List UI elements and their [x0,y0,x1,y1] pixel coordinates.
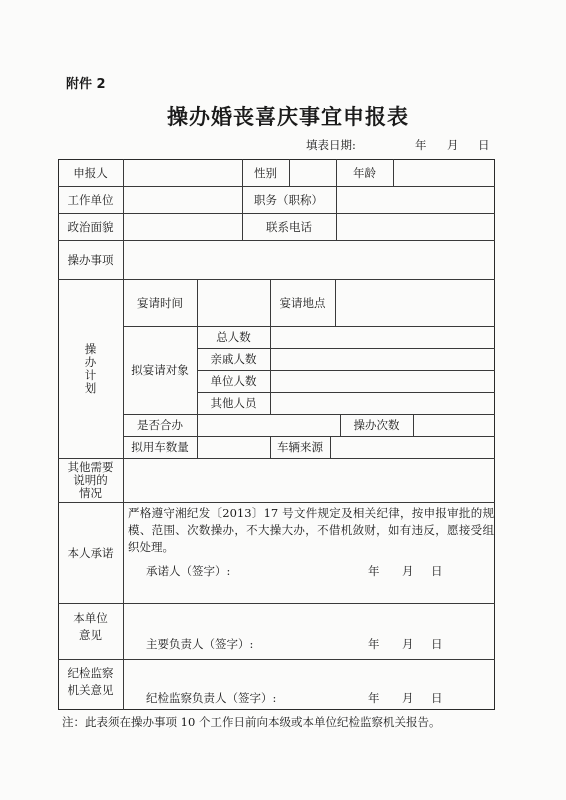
political-field[interactable] [124,214,242,240]
gender-field[interactable] [290,160,336,186]
invitees-unit-field[interactable] [271,371,494,392]
fill-date-month: 月 [447,137,459,153]
discipline-year: 年 [368,690,380,706]
pledge-label: 本人承诺 [58,502,123,603]
work-unit-label: 工作单位 [58,186,123,213]
matter-label: 操办事项 [58,240,123,279]
age-label: 年龄 [336,159,393,186]
attachment-label: 附件 2 [66,73,106,92]
gender-label: 性别 [242,159,289,186]
discipline-opinion-label: 纪检监察 机关意见 [58,659,123,710]
invitees-relatives-field[interactable] [271,349,494,370]
banquet-time-field[interactable] [198,280,270,326]
discipline-month: 月 [402,690,414,706]
political-label: 政治面貌 [58,213,123,240]
unit-opinion-field[interactable] [124,604,494,632]
pledge-signer-label: 承诺人（签字）: [146,563,230,579]
count-label: 操办次数 [340,414,413,436]
pledge-day: 日 [431,563,443,579]
invitees-label: 拟宴请对象 [123,326,197,414]
discipline-opinion-field[interactable] [124,660,494,684]
discipline-day: 日 [431,690,443,706]
other-notes-field[interactable] [124,459,494,502]
fill-date-label: 填表日期: [306,137,356,153]
other-notes-label: 其他需要 说明的 情况 [58,458,123,502]
banquet-place-label: 宴请地点 [270,279,335,326]
banquet-place-field[interactable] [336,280,494,326]
position-label: 职务（职称） [242,186,336,213]
plan-section-label: 操 办 计 划 [58,279,123,458]
invitees-unit-label: 单位人数 [197,370,270,392]
pledge-signature-field[interactable] [240,558,360,580]
unit-year: 年 [368,636,380,652]
pledge-text: 严格遵守湘纪发〔2013〕17 号文件规定及相关纪律，按申报审批的规模、范围、次… [128,505,494,556]
matter-field[interactable] [124,241,494,279]
phone-label: 联系电话 [242,213,336,240]
age-field[interactable] [394,160,494,186]
vehicles-field[interactable] [198,437,270,458]
form-title: 操办婚丧喜庆事宜申报表 [0,101,566,131]
work-unit-field[interactable] [124,187,242,213]
unit-day: 日 [431,636,443,652]
unit-month: 月 [402,636,414,652]
banquet-time-label: 宴请时间 [123,279,197,326]
pledge-month: 月 [402,563,414,579]
fill-date-day: 日 [478,137,490,153]
joint-field[interactable] [198,415,340,436]
invitees-relatives-label: 亲戚人数 [197,348,270,370]
invitees-total-field[interactable] [271,327,494,348]
discipline-signer-label: 纪检监察负责人（签字）: [146,690,276,706]
unit-signer-label: 主要负责人（签字）: [146,636,253,652]
unit-opinion-label: 本单位 意见 [58,603,123,659]
footnote: 注：此表须在操办事项 10 个工作日前向本级或本单位纪检监察机关报告。 [62,714,440,730]
position-field[interactable] [337,187,494,213]
invitees-total-label: 总人数 [197,326,270,348]
count-field[interactable] [414,415,494,436]
invitees-others-label: 其他人员 [197,392,270,414]
vehicle-source-field[interactable] [331,437,494,458]
applicant-name-field[interactable] [124,160,242,186]
vehicle-source-label: 车辆来源 [270,436,330,458]
fill-date-year: 年 [415,137,427,153]
phone-field[interactable] [337,214,494,240]
pledge-year: 年 [368,563,380,579]
vehicles-label: 拟用车数量 [123,436,197,458]
joint-label: 是否合办 [123,414,197,436]
invitees-others-field[interactable] [271,393,494,414]
applicant-name-label: 申报人 [58,159,123,186]
